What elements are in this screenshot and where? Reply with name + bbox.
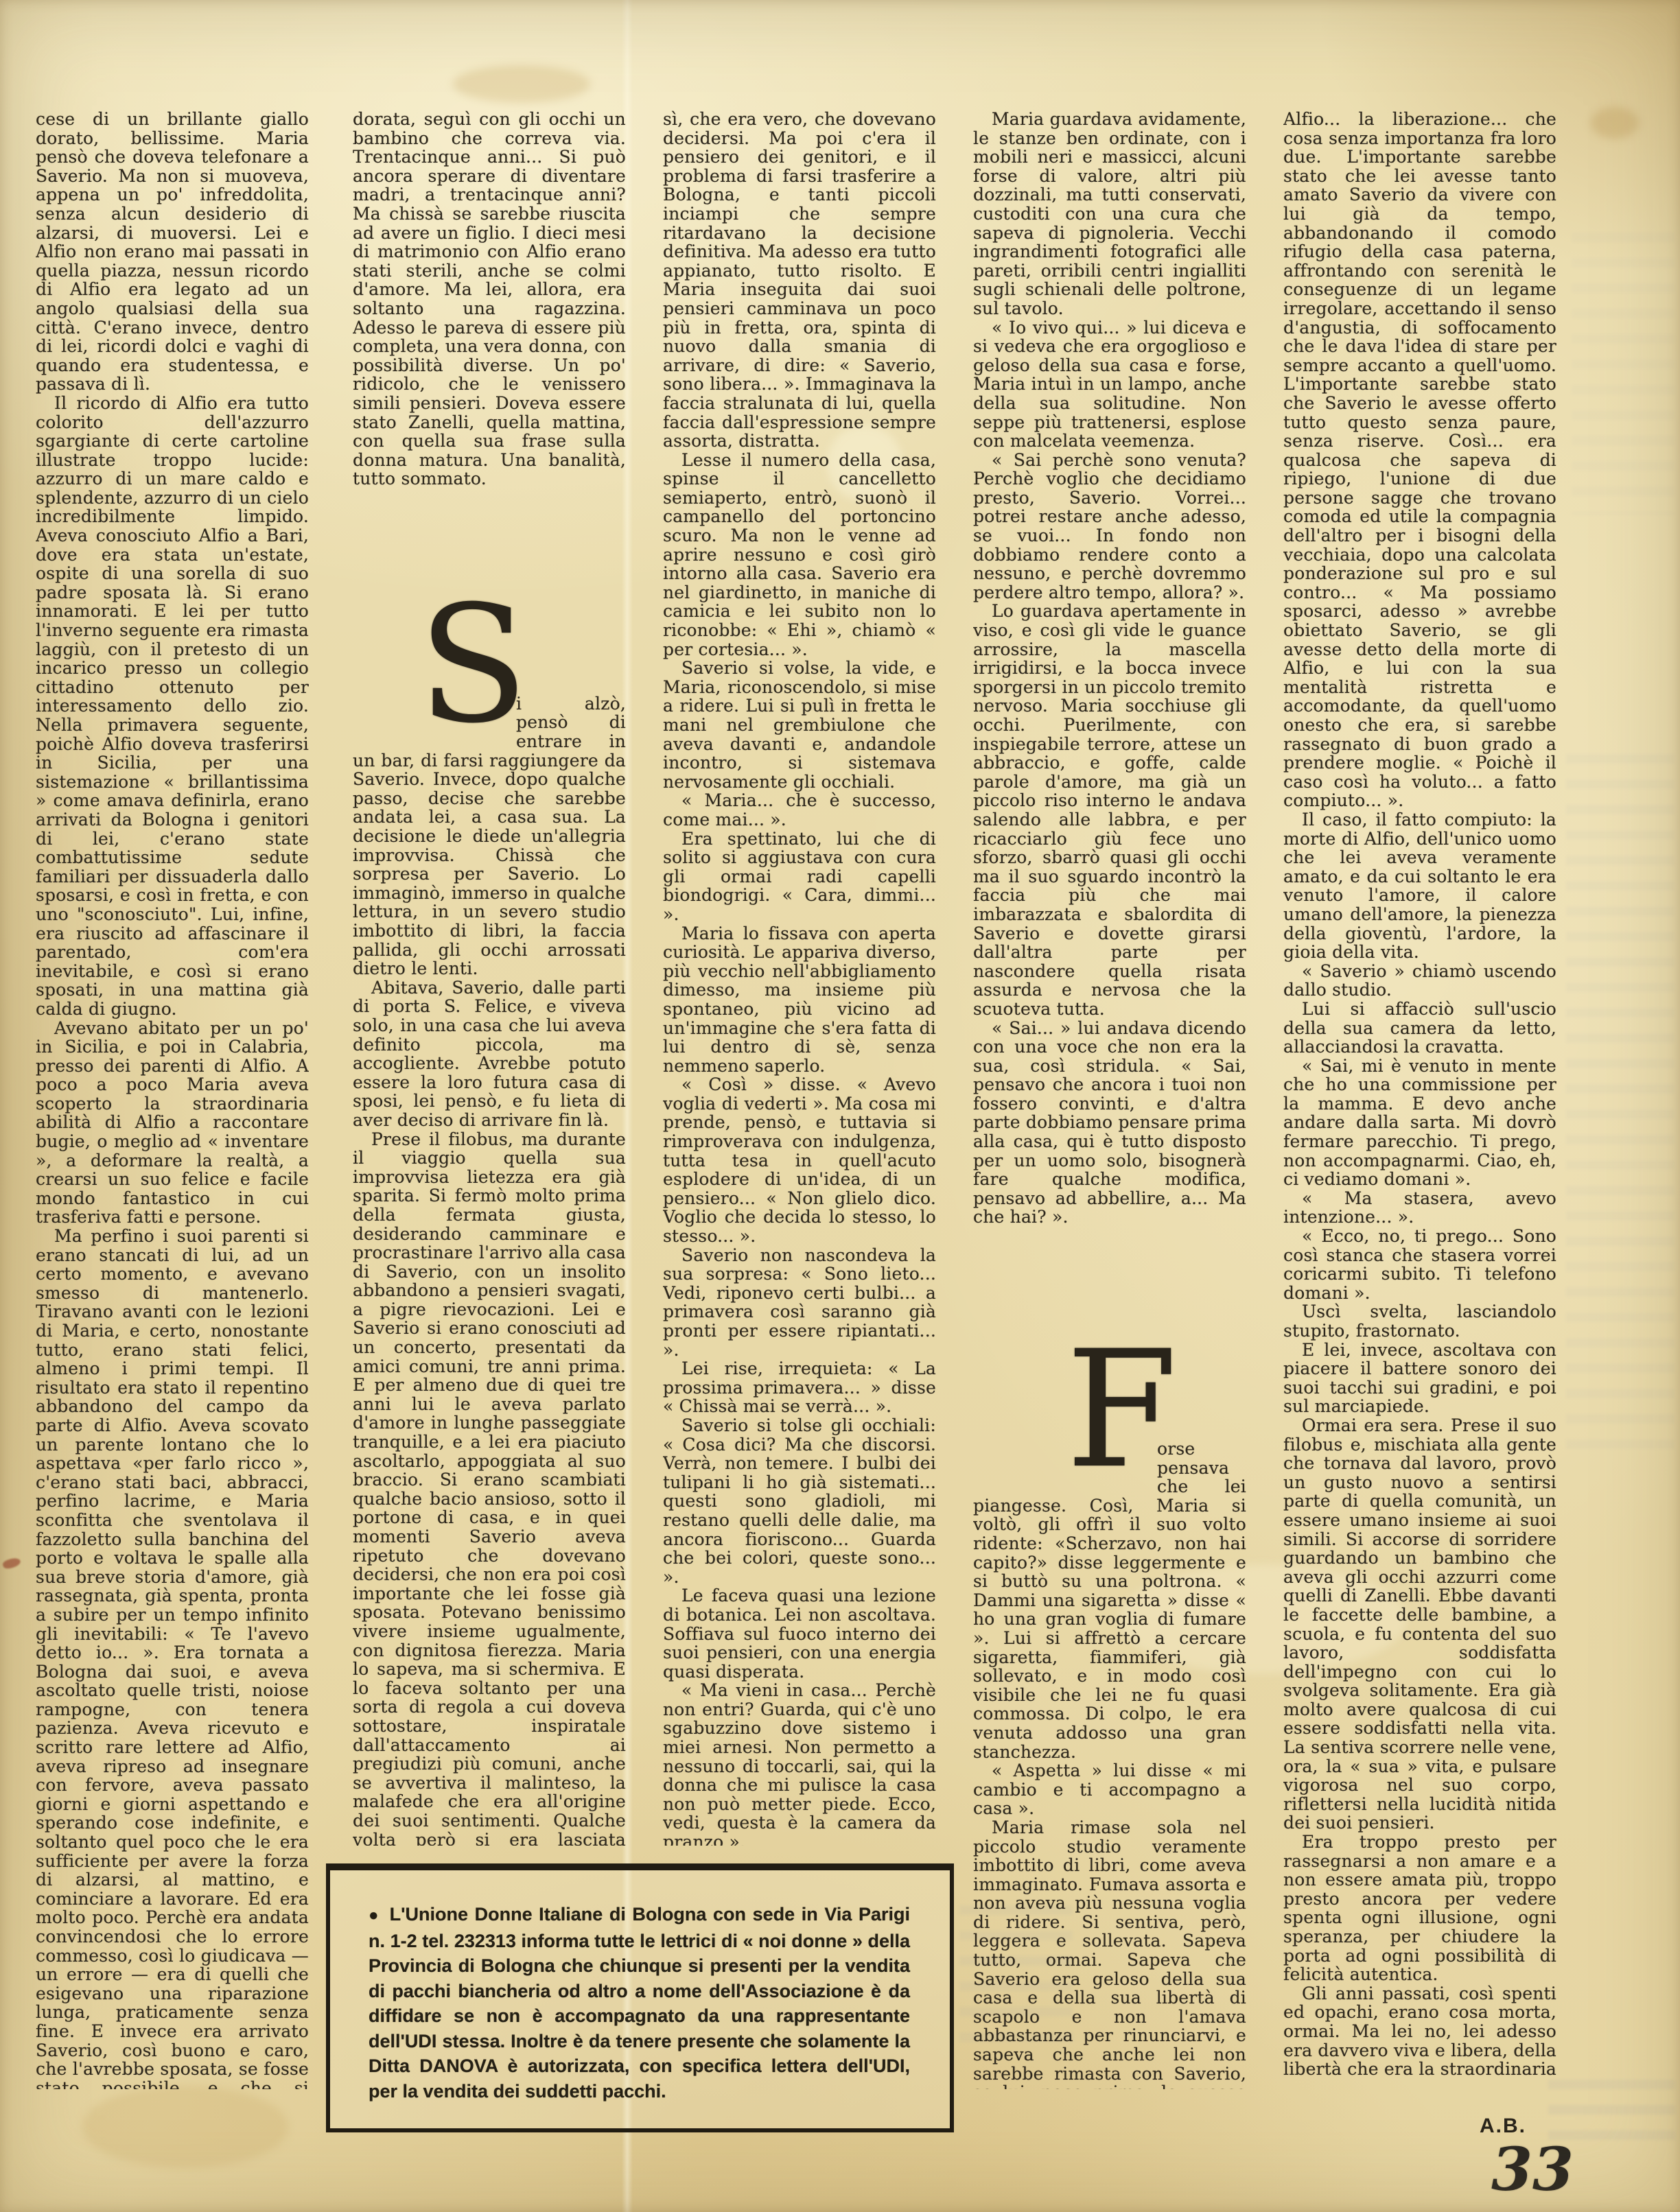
text-column-1: cese di un brillante giallo dorato, bell… — [36, 110, 309, 2089]
story-paragraph: « Sai, mi è venuto in mente che ho una c… — [1283, 1057, 1556, 1189]
story-paragraph: E lei, invece, ascoltava con piacere il … — [1283, 1341, 1556, 1416]
paper-stain — [82, 2086, 288, 2168]
story-paragraph: Era spettinato, lui che di solito si agg… — [663, 829, 936, 924]
story-paragraph: Prese il filobus, ma durante il viaggio … — [353, 1130, 626, 1846]
dropcap-letter: S — [418, 585, 528, 746]
story-paragraph: Alfio... la liberazione... che cosa senz… — [1283, 110, 1556, 810]
story-paragraph: Lesse il numero della casa, spinse il ca… — [663, 451, 936, 659]
text-column-5: Alfio... la liberazione... che cosa senz… — [1283, 110, 1556, 2079]
story-paragraph: Maria guardava avidamente, le stanze ben… — [973, 110, 1246, 318]
story-paragraph: « Ma vieni in casa... Perchè non entri? … — [663, 1681, 936, 1846]
page-number: 33 — [1481, 2135, 1584, 2204]
story-paragraph: « Ma stasera, avevo intenzione... ». — [1283, 1189, 1556, 1227]
story-paragraph: Il caso, il fatto compiuto: la morte di … — [1283, 810, 1556, 962]
magazine-page-scan: { "page": { "number": "33", "author_init… — [0, 0, 1680, 2212]
pen-mark — [2, 1556, 22, 1570]
story-paragraph: « Maria... che è successo, come mai... »… — [663, 791, 936, 829]
text-column-4: Maria guardava avidamente, le stanze ben… — [973, 110, 1246, 2089]
story-paragraph: « Sai perchè sono venuta? Perchè voglio … — [973, 451, 1246, 602]
story-paragraph: Maria rimase sola nel piccolo studio ver… — [973, 1818, 1246, 2089]
story-paragraph: dorata, seguì con gli occhi un bambino c… — [353, 110, 626, 489]
text-column-3: sì, che era vero, che dovevano decidersi… — [663, 110, 936, 1846]
udi-notice-box: ●L'Unione Donne Italiane di Bologna con … — [326, 1863, 954, 2132]
story-paragraph: Uscì svelta, lasciandolo stupito, frasto… — [1283, 1302, 1556, 1340]
paper-stain — [1591, 107, 1639, 139]
bleed-through-text — [1572, 226, 1675, 515]
story-paragraph: Saverio si volse, la vide, e Maria, rico… — [663, 659, 936, 791]
story-paragraph: Le faceva quasi una lezione di botanica.… — [663, 1586, 936, 1681]
story-paragraph: Ma perfino i suoi parenti si erano stanc… — [36, 1227, 309, 2089]
story-paragraph: cese di un brillante giallo dorato, bell… — [36, 110, 309, 394]
story-paragraph: Gli anni passati, così spenti ed opachi,… — [1283, 1984, 1556, 2079]
notice-text: L'Unione Donne Italiane di Bologna con s… — [369, 1904, 910, 2102]
story-paragraph-dropcap: Forse pensava che lei piangesse. Così, M… — [973, 1439, 1246, 1761]
story-paragraph: Maria lo fissava con aperta curiosità. L… — [663, 924, 936, 1076]
story-paragraph: sì, che era vero, che dovevano decidersi… — [663, 110, 936, 451]
story-paragraph: Il ricordo di Alfio era tutto colorito d… — [36, 394, 309, 1019]
story-paragraph: Abitava, Saverio, dalle parti di porta S… — [353, 978, 626, 1130]
story-paragraph: « Sai... » lui andava dicendo con una vo… — [973, 1019, 1246, 1227]
bullet-icon: ● — [369, 1906, 390, 1925]
story-paragraph: Lui si affacciò sull'uscio della sua cam… — [1283, 1000, 1556, 1057]
story-paragraph: « Io vivo qui... » lui diceva e si vedev… — [973, 318, 1246, 451]
story-paragraph: Era troppo presto per rassegnarsi a non … — [1283, 1833, 1556, 1984]
story-paragraph: Lei rise, irrequieta: « La prossima prim… — [663, 1359, 936, 1416]
notice-paragraph: ●L'Unione Donne Italiane di Bologna con … — [369, 1902, 910, 2104]
story-paragraph-dropcap: Si alzò, pensò di entrare in un bar, di … — [353, 694, 626, 978]
story-paragraph: « Ecco, no, ti prego... Sono così stanca… — [1283, 1227, 1556, 1302]
story-paragraph: Avevano abitato per un po' in Sicilia, e… — [36, 1019, 309, 1227]
story-paragraph: Saverio non nascondeva la sua sorpresa: … — [663, 1246, 936, 1360]
story-paragraph: « Saverio » chiamò uscendo dallo studio. — [1283, 962, 1556, 1000]
story-paragraph: « Così » disse. « Avevo voglia di vedert… — [663, 1075, 936, 1245]
story-paragraph: Ormai era sera. Prese il suo filobus e, … — [1283, 1416, 1556, 1833]
text-column-2: dorata, seguì con gli occhi un bambino c… — [353, 110, 626, 1846]
bleed-through-text — [1566, 748, 1675, 1455]
story-paragraph: Saverio si tolse gli occhiali: « Cosa di… — [663, 1416, 936, 1586]
paper-stain — [453, 65, 590, 103]
dropcap-letter: F — [1066, 1330, 1178, 1491]
author-initials: A.B. — [1441, 2115, 1565, 2138]
story-paragraph: « Aspetta » lui disse « mi cambio e ti a… — [973, 1761, 1246, 1818]
story-paragraph: Lo guardava apertamente in viso, e così … — [973, 602, 1246, 1018]
